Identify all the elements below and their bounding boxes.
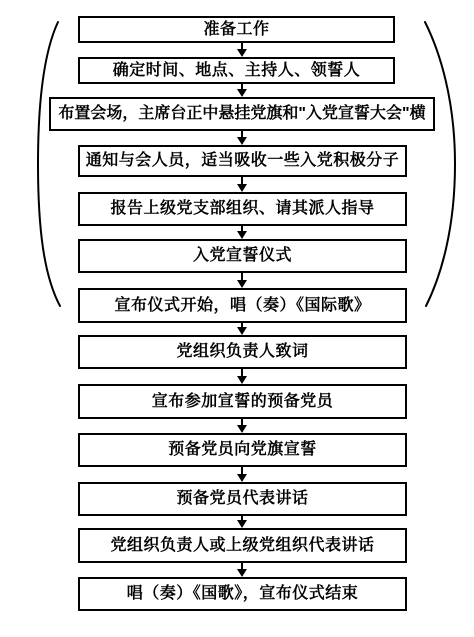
flow-step-1-label: 准备工作 [203,21,269,39]
arrow-head-icon [237,520,247,528]
arrow-head-icon [237,280,247,288]
arrow-head-icon [237,327,247,335]
down-arrow-6 [236,273,248,288]
arrow-head-icon [237,137,247,145]
flow-step-2: 确定时间、地点、主持人、领誓人 [78,57,395,84]
flow-step-12: 党组织负责人或上级党组织代表讲话 [78,528,407,563]
arrow-head-icon [237,231,247,239]
down-arrow-7 [236,323,248,335]
flow-step-4-label: 通知与会人员，适当吸收一些入党积极分子 [86,152,400,170]
arrow-head-icon [237,425,247,433]
flow-step-4: 通知与会人员，适当吸收一些入党积极分子 [78,145,407,177]
down-arrow-2 [236,84,248,97]
down-arrow-4 [236,177,248,192]
flow-step-6: 入党宣誓仪式 [78,239,407,273]
flow-step-2-label: 确定时间、地点、主持人、领誓人 [113,62,361,80]
down-arrow-9 [236,419,248,433]
arrow-head-icon [237,89,247,97]
flow-step-1: 准备工作 [78,16,395,43]
down-arrow-3 [236,131,248,145]
flow-step-10: 预备党员向党旗宣誓 [78,433,407,467]
arrow-head-icon [237,474,247,482]
flow-step-11: 预备党员代表讲话 [78,482,407,516]
down-arrow-5 [236,226,248,239]
flow-step-3: 布置会场，主席台正中悬挂党旗和"入党宣誓大会"横 [49,97,435,131]
flow-step-5-label: 报告上级党支部组织、请其派人指导 [110,200,374,218]
flow-step-10-label: 预备党员向党旗宣誓 [168,441,317,459]
down-arrow-8 [236,369,248,384]
left-parenthesis [38,22,60,306]
flow-step-8-label: 党组织负责人致词 [176,343,308,361]
flow-step-5: 报告上级党支部组织、请其派人指导 [78,192,407,226]
flow-step-9: 宣布参加宣誓的预备党员 [78,384,407,419]
down-arrow-11 [236,516,248,528]
flow-step-13: 唱（奏）《国歌》，宣布仪式结束 [78,577,407,611]
flow-step-7-label: 宣布仪式开始，唱（奏）《国际歌》 [114,297,370,315]
flow-step-12-label: 党组织负责人或上级党组织代表讲话 [110,537,374,555]
flow-step-13-label: 唱（奏）《国歌》，宣布仪式结束 [127,585,359,603]
flow-step-6-label: 入党宣誓仪式 [193,247,292,265]
arrow-head-icon [237,569,247,577]
flow-step-3-label: 布置会场，主席台正中悬挂党旗和"入党宣誓大会"横 [58,105,425,123]
arrow-head-icon [237,49,247,57]
flow-step-9-label: 宣布参加宣誓的预备党员 [152,393,334,411]
down-arrow-1 [236,43,248,57]
flow-step-11-label: 预备党员代表讲话 [176,490,308,508]
flowchart-canvas: 准备工作 确定时间、地点、主持人、领誓人 布置会场，主席台正中悬挂党旗和"入党宣… [0,0,474,637]
down-arrow-12 [236,563,248,577]
down-arrow-10 [236,467,248,482]
arrow-head-icon [237,184,247,192]
arrow-head-icon [237,376,247,384]
flow-step-8: 党组织负责人致词 [78,335,407,369]
right-parenthesis [425,22,455,306]
flow-step-7: 宣布仪式开始，唱（奏）《国际歌》 [78,288,407,323]
